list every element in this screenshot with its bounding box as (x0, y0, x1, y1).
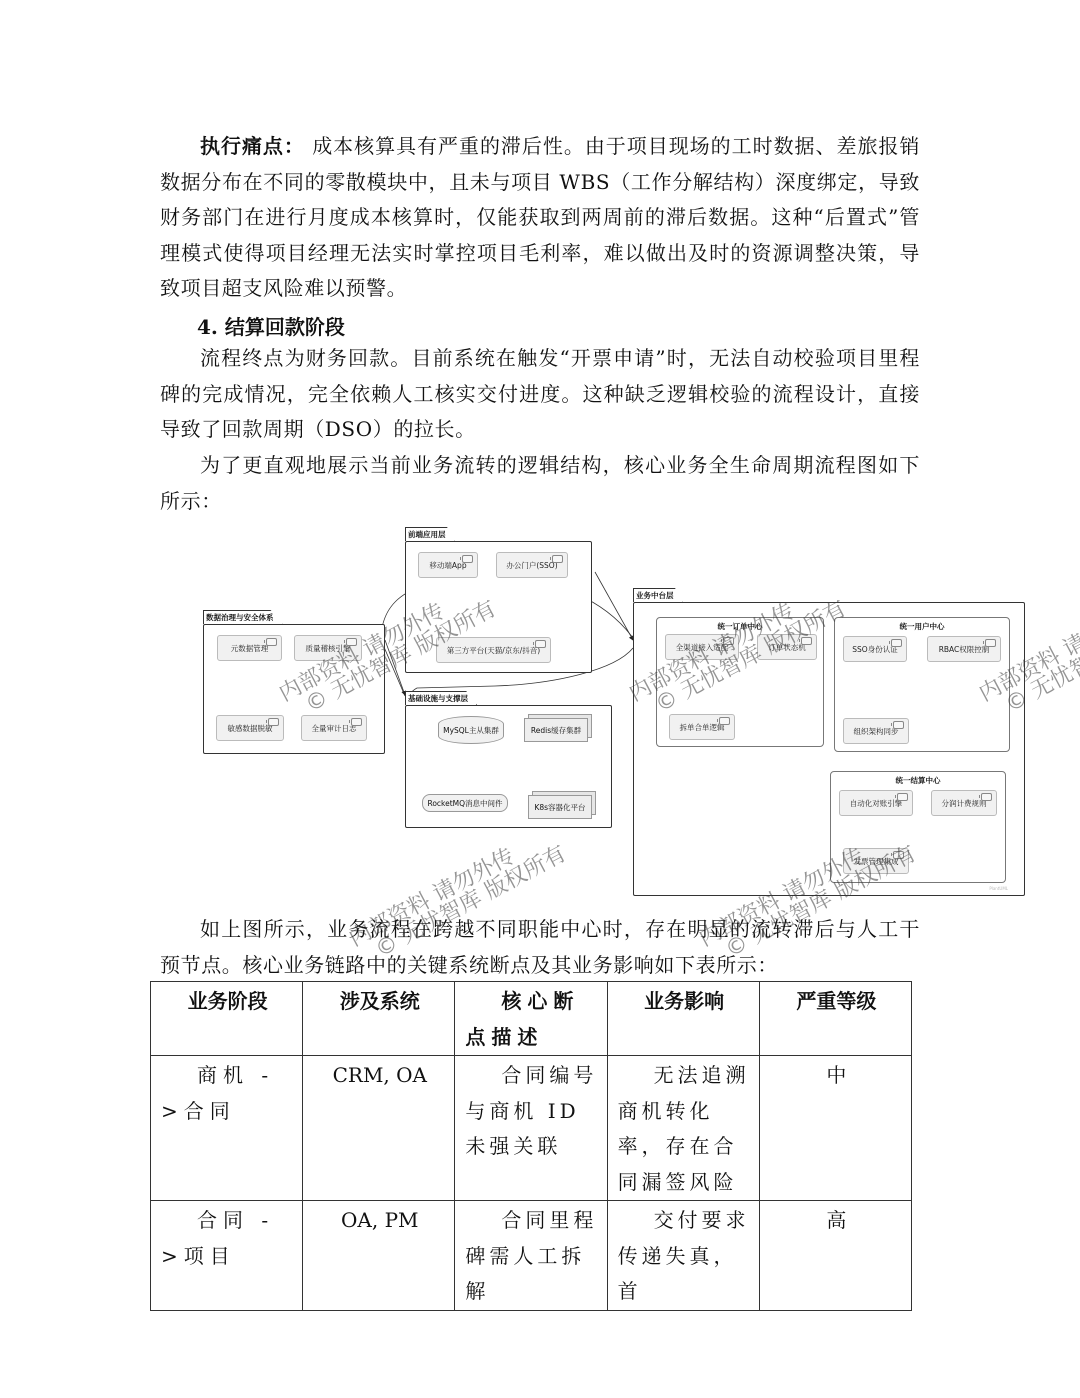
cell-systems: CRM, OA (303, 1056, 455, 1201)
governance-layer-package: 数据治理与安全体系 元数据管理 质量稽核引擎 敏感数据脱敏 全量审计日志 (203, 624, 385, 754)
business-middle-platform-package: 业务中台层 统一订单中心 全渠道接入适配 订单状态机 拆单合单逻辑 统一用户中心… (633, 602, 1025, 896)
component-sso-auth: SSO身份认证 (843, 636, 907, 662)
pain-point-label: 执行痛点： (200, 134, 305, 158)
component-office-portal: 办公门户(SSO) (496, 552, 568, 578)
order-center-title: 统一订单中心 (657, 621, 823, 632)
component-invoice-integration: 发票管理集成 (843, 848, 909, 874)
component-mobile-app: 移动端App (418, 552, 478, 578)
cell-level: 中 (759, 1056, 911, 1201)
architecture-diagram: 前端应用层 移动端App 办公门户(SSO) 第三方平台(天猫/京东/抖音) 数… (195, 520, 1035, 900)
cell-level: 高 (759, 1201, 911, 1311)
breakpoint-table: 业务阶段 涉及系统 核心断点描述 业务影响 严重等级 商机 ->合同 CRM, … (150, 981, 912, 1311)
component-icon (552, 555, 563, 563)
component-third-party-platform: 第三方平台(天猫/京东/抖音) (436, 637, 551, 663)
header-breakpoint: 核心断点描述 (455, 982, 607, 1056)
component-split-merge-logic: 拆单合单逻辑 (669, 714, 735, 740)
cell-breakpoint: 合同里程碑需人工拆解 (455, 1201, 607, 1311)
component-data-masking: 敏感数据脱敏 (216, 715, 284, 741)
table-intro-paragraph: 如上图所示，业务流程在跨越不同职能中心时，存在明显的流转滞后与人工干预节点。核心… (160, 912, 920, 983)
document-page: 执行痛点： 成本核算具有严重的滞后性。由于项目现场的工时数据、差旅报销数据分布在… (0, 0, 1080, 1398)
user-center-title: 统一用户中心 (835, 621, 1009, 632)
cell-impact: 交付要求传递失真，首 (607, 1201, 759, 1311)
component-icon (891, 639, 902, 647)
business-middle-platform-title: 业务中台层 (633, 588, 683, 602)
settlement-paragraph: 流程终点为财务回款。目前系统在触发“开票申请”时，无法自动校验项目里程碑的完成情… (160, 341, 920, 448)
table-row: 合同 ->项目 OA, PM 合同里程碑需人工拆解 交付要求传递失真，首 高 (151, 1201, 912, 1311)
cell-systems: OA, PM (303, 1201, 455, 1311)
pain-point-paragraph: 执行痛点： 成本核算具有严重的滞后性。由于项目现场的工时数据、差旅报销数据分布在… (160, 129, 920, 307)
component-icon (897, 793, 908, 801)
component-icon (985, 639, 996, 647)
component-omnichannel-adapter: 全渠道接入适配 (665, 634, 739, 660)
component-icon (719, 717, 730, 725)
diagram-intro-paragraph: 为了更直观地展示当前业务流转的逻辑结构，核心业务全生命周期流程图如下所示： (160, 448, 920, 519)
component-icon (893, 721, 904, 729)
plantuml-logo: PlantUML (989, 886, 1008, 891)
component-org-sync: 组织架构同步 (843, 718, 909, 744)
cell-stage: 商机 ->合同 (151, 1056, 303, 1201)
node-k8s-platform: K8s容器化平台 (528, 795, 592, 819)
pain-point-text: 成本核算具有严重的滞后性。由于项目现场的工时数据、差旅报销数据分布在不同的零散模… (160, 134, 920, 300)
component-icon (268, 718, 279, 726)
settlement-center-group: 统一结算中心 自动化对账引擎 分润计费规则 发票管理集成 (830, 771, 1006, 883)
table-row: 商机 ->合同 CRM, OA 合同编号与商机 ID 未强关联 无法追溯商机转化… (151, 1056, 912, 1201)
table-header-row: 业务阶段 涉及系统 核心断点描述 业务影响 严重等级 (151, 982, 912, 1056)
component-quality-audit-engine: 质量稽核引擎 (294, 635, 362, 661)
component-icon (266, 638, 277, 646)
component-icon (351, 718, 362, 726)
header-level: 严重等级 (759, 982, 911, 1056)
component-icon (346, 638, 357, 646)
component-icon (801, 637, 812, 645)
infrastructure-layer-title: 基础设施与支撑层 (405, 691, 477, 705)
cell-stage: 合同 ->项目 (151, 1201, 303, 1311)
header-stage: 业务阶段 (151, 982, 303, 1056)
component-order-state-machine: 订单状态机 (757, 634, 817, 660)
component-profit-sharing-rules: 分润计费规则 (931, 790, 997, 816)
infrastructure-layer-package: 基础设施与支撑层 MySQL主从集群 Redis缓存集群 RocketMQ消息中… (405, 705, 612, 828)
component-icon (535, 640, 546, 648)
governance-layer-title: 数据治理与安全体系 (203, 610, 283, 624)
component-icon (462, 555, 473, 563)
frontend-layer-title: 前端应用层 (405, 527, 455, 541)
component-icon (893, 851, 904, 859)
order-center-group: 统一订单中心 全渠道接入适配 订单状态机 拆单合单逻辑 (656, 617, 824, 747)
settlement-center-title: 统一结算中心 (831, 775, 1005, 786)
user-center-group: 统一用户中心 SSO身份认证 RBAC权限控制 组织架构同步 (834, 617, 1010, 752)
header-systems: 涉及系统 (303, 982, 455, 1056)
node-redis-cluster: Redis缓存集群 (524, 718, 588, 742)
component-rbac-control: RBAC权限控制 (927, 636, 1001, 662)
cell-impact: 无法追溯商机转化率，存在合同漏签风险 (607, 1056, 759, 1201)
header-impact: 业务影响 (607, 982, 759, 1056)
cell-breakpoint: 合同编号与商机 ID 未强关联 (455, 1056, 607, 1201)
database-mysql-cluster: MySQL主从集群 (438, 716, 504, 744)
queue-rocketmq: RocketMQ消息中间件 (422, 794, 508, 812)
component-audit-log: 全量审计日志 (301, 715, 367, 741)
component-icon (723, 637, 734, 645)
component-reconciliation-engine: 自动化对账引擎 (839, 790, 913, 816)
section-heading: 4. 结算回款阶段 (197, 311, 345, 340)
component-icon (981, 793, 992, 801)
frontend-layer-package: 前端应用层 移动端App 办公门户(SSO) 第三方平台(天猫/京东/抖音) (405, 541, 592, 673)
component-metadata-management: 元数据管理 (217, 635, 282, 661)
